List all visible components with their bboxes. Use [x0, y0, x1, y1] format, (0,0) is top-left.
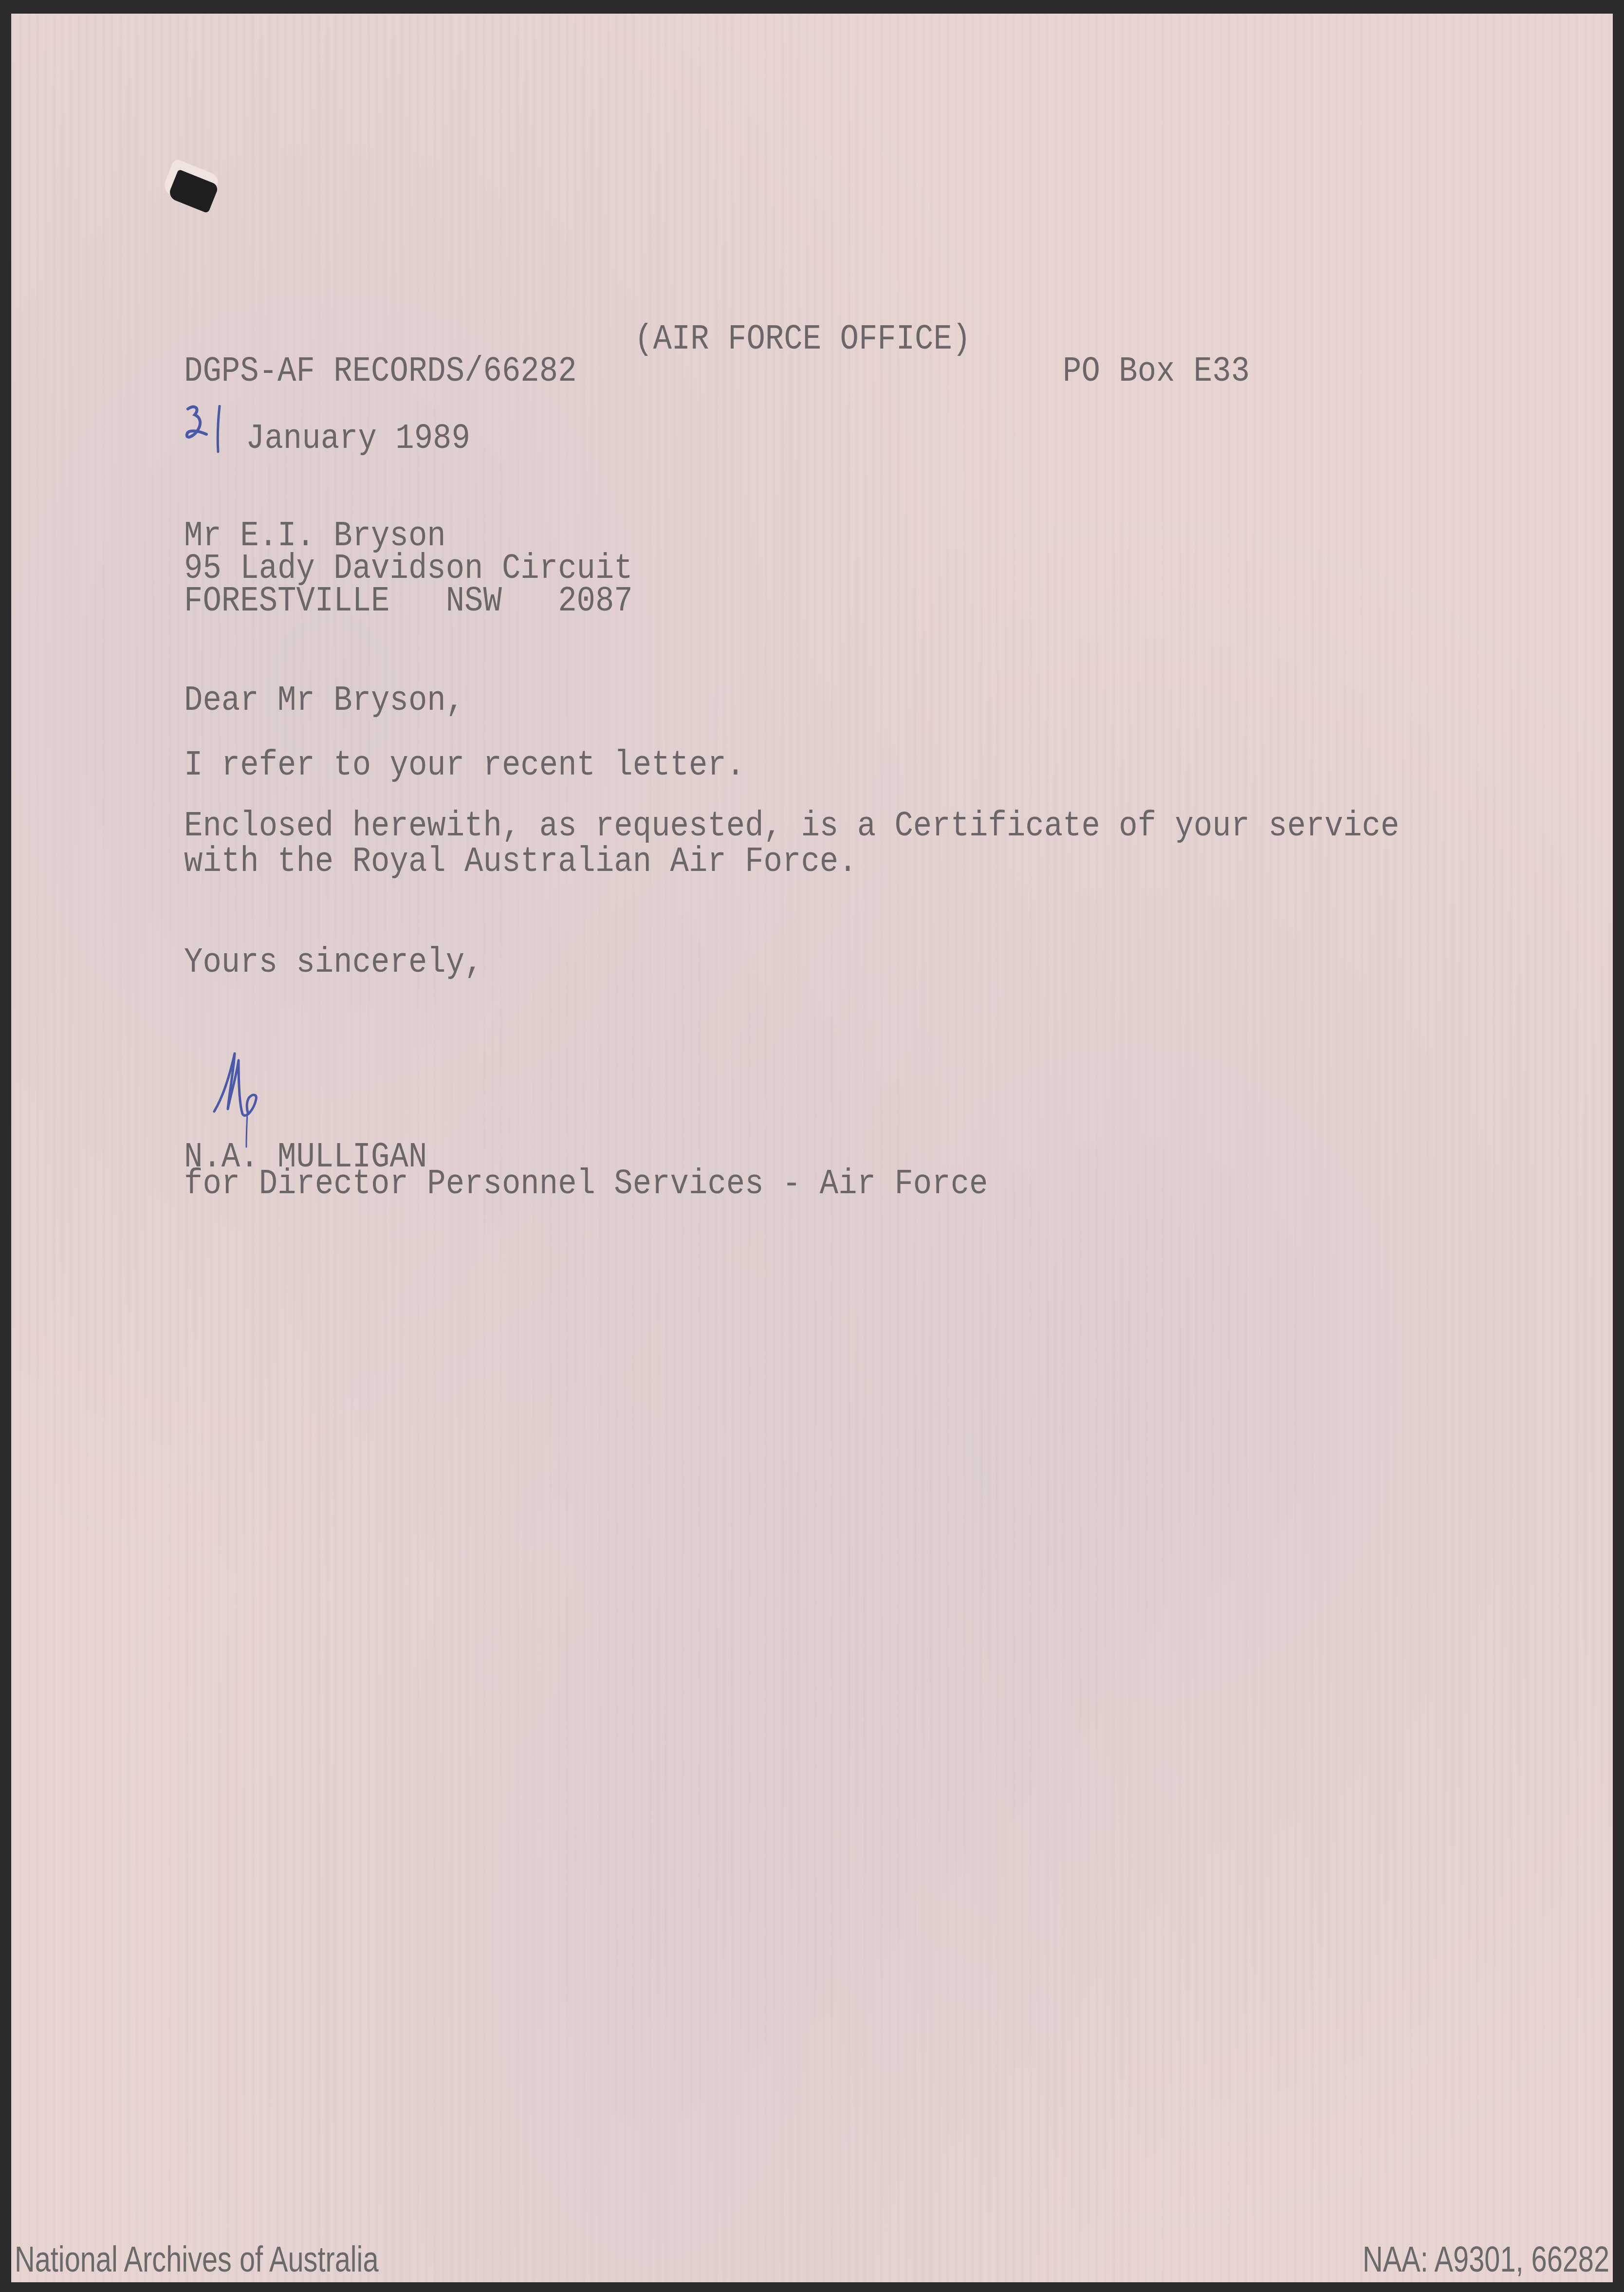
- signature-mark-icon: [200, 1051, 268, 1148]
- handwritten-date-day: [183, 405, 227, 459]
- salutation: Dear Mr Bryson,: [184, 684, 464, 719]
- archive-name: National Archives of Australia: [15, 2241, 379, 2277]
- recipient-street: 95 Lady Davidson Circuit: [184, 552, 633, 587]
- recipient-name: Mr E.I. Bryson: [184, 519, 446, 554]
- office-heading: (AIR FORCE OFFICE): [634, 322, 971, 357]
- po-box: PO Box E33: [1063, 354, 1250, 389]
- reference-number: DGPS-AF RECORDS/66282: [184, 354, 577, 389]
- body-paragraph-1: I refer to your recent letter.: [184, 748, 745, 783]
- handwritten-21-icon: [183, 405, 227, 459]
- signatory-title: for Director Personnel Services - Air Fo…: [184, 1167, 988, 1202]
- date-month-year: January 1989: [246, 422, 470, 457]
- recipient-locality: FORESTVILLE NSW 2087: [184, 584, 633, 619]
- archive-citation: NAA: A9301, 66282: [1363, 2241, 1609, 2277]
- closing: Yours sincerely,: [184, 945, 483, 980]
- body-paragraph-2-line-1: Enclosed herewith, as requested, is a Ce…: [184, 809, 1399, 844]
- signature: [200, 1051, 268, 1148]
- body-paragraph-2-line-2: with the Royal Australian Air Force.: [184, 845, 857, 880]
